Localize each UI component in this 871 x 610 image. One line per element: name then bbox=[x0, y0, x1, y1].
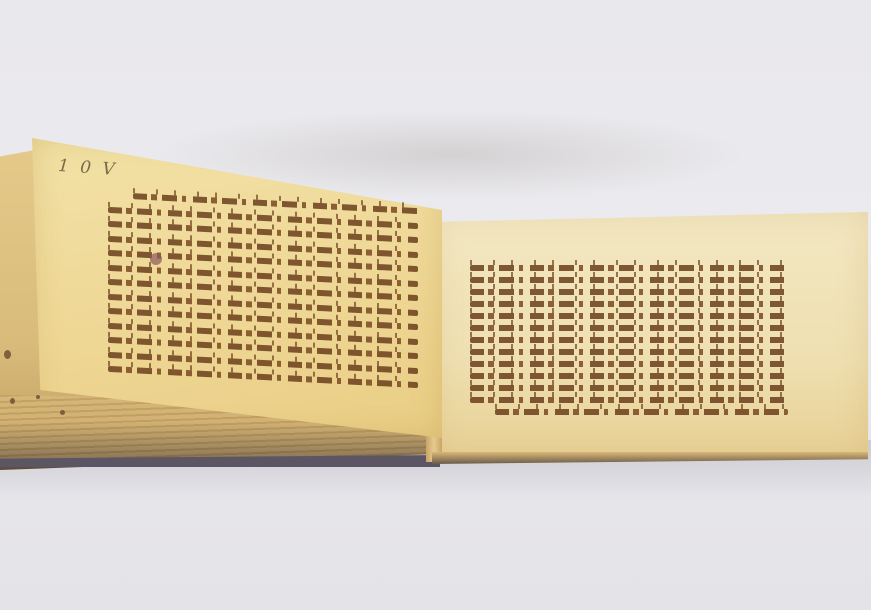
stain-spot bbox=[36, 395, 40, 399]
script-line bbox=[470, 265, 788, 271]
left-page-text bbox=[108, 192, 418, 388]
stain-spot bbox=[60, 410, 65, 415]
stain-spot bbox=[4, 350, 11, 359]
script-line bbox=[470, 349, 788, 355]
right-page-text bbox=[470, 265, 788, 415]
script-line bbox=[470, 325, 788, 331]
script-line bbox=[470, 397, 788, 403]
verse-marker bbox=[150, 253, 162, 265]
stain-spot bbox=[10, 398, 15, 404]
script-line bbox=[470, 313, 788, 319]
script-line bbox=[470, 361, 788, 367]
script-line bbox=[470, 337, 788, 343]
script-line bbox=[470, 289, 788, 295]
script-line bbox=[470, 301, 788, 307]
script-line bbox=[470, 385, 788, 391]
folio-number: 1 0 V bbox=[57, 156, 118, 180]
script-line bbox=[495, 409, 788, 415]
script-line bbox=[470, 373, 788, 379]
script-line bbox=[470, 277, 788, 283]
